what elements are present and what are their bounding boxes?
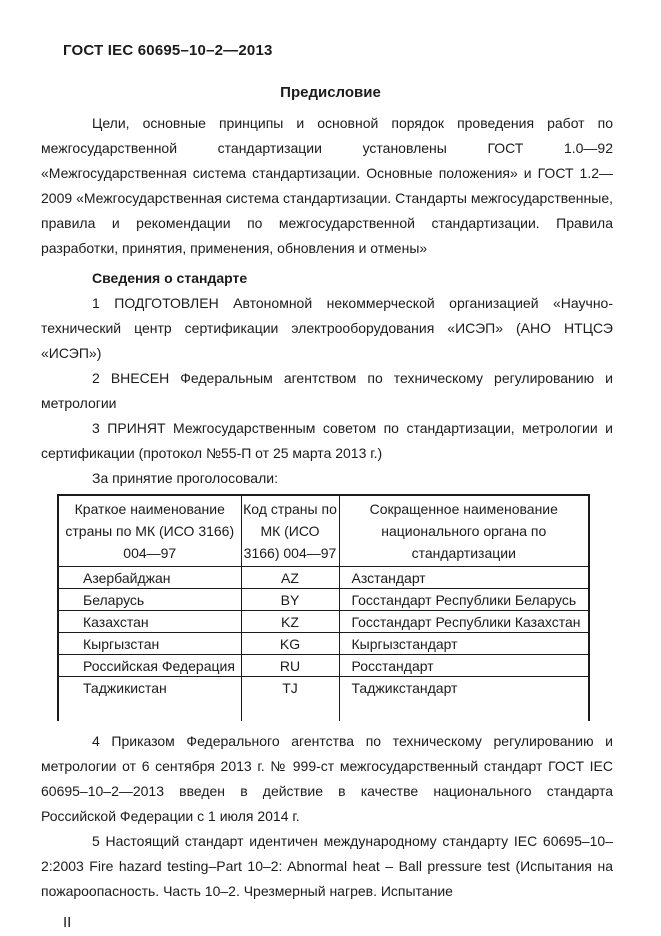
clause-submitted: 2 ВНЕСЕН Федеральным агентством по техни…: [41, 366, 613, 416]
country-cell: Таджикистан: [58, 677, 241, 699]
table-row: Казахстан KZ Госстандарт Республики Каза…: [58, 611, 589, 633]
continuation-cell: [339, 699, 589, 721]
table-row: Беларусь BY Госстандарт Республики Белар…: [58, 589, 589, 611]
country-cell: Казахстан: [58, 611, 241, 633]
code-cell: KG: [241, 633, 339, 655]
country-cell: Азербайджан: [58, 567, 241, 589]
voting-table: Краткое наименование страны по МК (ИСО 3…: [57, 494, 590, 721]
vote-intro-line: За принятие проголосовали:: [41, 466, 613, 491]
code-cell: KZ: [241, 611, 339, 633]
org-cell: Азстандарт: [339, 567, 589, 589]
code-cell: BY: [241, 589, 339, 611]
code-cell: TJ: [241, 677, 339, 699]
table-row: Российская Федерация RU Росстандарт: [58, 655, 589, 677]
page-number: II: [63, 914, 661, 931]
continuation-cell: [58, 699, 241, 721]
org-cell: Таджикстандарт: [339, 677, 589, 699]
country-cell: Российская Федерация: [58, 655, 241, 677]
clause-adopted: 3 ПРИНЯТ Межгосударственным советом по с…: [41, 416, 613, 466]
col-header-code: Код страны по МК (ИСО 3166) 004—97: [241, 495, 339, 567]
goals-paragraph: Цели, основные принципы и основной поряд…: [41, 111, 613, 261]
org-cell: Госстандарт Республики Казахстан: [339, 611, 589, 633]
clause-prepared: 1 ПОДГОТОВЛЕН Автономной некоммерческой …: [41, 291, 613, 366]
org-cell: Госстандарт Республики Беларусь: [339, 589, 589, 611]
page-title: Предисловие: [0, 84, 661, 101]
org-cell: Росстандарт: [339, 655, 589, 677]
voting-table-body: Азербайджан AZ Азстандарт Беларусь BY Го…: [58, 567, 589, 721]
country-cell: Беларусь: [58, 589, 241, 611]
col-header-org: Сокращенное наименование национального о…: [339, 495, 589, 567]
standard-info-heading: Сведения о стандарте: [41, 266, 613, 291]
code-cell: AZ: [241, 567, 339, 589]
table-row: Кыргызстан KG Кыргызстандарт: [58, 633, 589, 655]
country-cell: Кыргызстан: [58, 633, 241, 655]
clause-order: 4 Приказом Федерального агентства по тех…: [41, 729, 613, 829]
continuation-cell: [241, 699, 339, 721]
document-page: ГОСТ IEC 60695–10–2—2013 Предисловие Цел…: [0, 0, 661, 936]
foreword-content: Цели, основные принципы и основной поряд…: [41, 111, 613, 904]
table-row: Таджикистан TJ Таджикстандарт: [58, 677, 589, 699]
col-header-country: Краткое наименование страны по МК (ИСО 3…: [58, 495, 241, 567]
clause-identity: 5 Настоящий стандарт идентичен междунаро…: [41, 829, 613, 904]
table-row: Азербайджан AZ Азстандарт: [58, 567, 589, 589]
voting-table-header: Краткое наименование страны по МК (ИСО 3…: [58, 495, 589, 567]
org-cell: Кыргызстандарт: [339, 633, 589, 655]
standard-code: ГОСТ IEC 60695–10–2—2013: [63, 0, 661, 59]
table-continuation-row: [58, 699, 589, 721]
code-cell: RU: [241, 655, 339, 677]
header-row: Краткое наименование страны по МК (ИСО 3…: [58, 495, 589, 567]
